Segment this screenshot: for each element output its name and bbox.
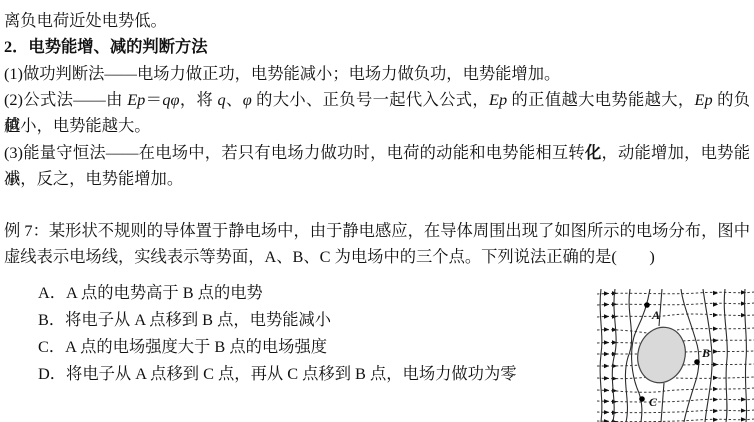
field-line [597,314,754,317]
field-line [597,399,754,402]
field-line [597,410,754,413]
point-a-label: A [651,308,660,322]
field-line [597,419,754,422]
document-page: 离负电荷近处电势低。 2．电势能增、减的判断方法 (1)做功判断法——电场力做正… [0,0,754,422]
field-line [685,351,754,352]
field-line [597,365,641,366]
electric-field-diagram: A B C [597,289,754,422]
point-c-dot [639,396,645,402]
example7-line2: 虚线表示电场线，实线表示等势面，A、B、C 为电场中的三个点。下列说法正确的是(… [4,244,750,270]
line-negative-charge: 离负电荷近处电势低。 [4,8,750,34]
example7-line1: 例 7：某形状不规则的导体置于静电场中，由于静电感应，在导体周围出现了如图所示的… [4,218,750,244]
method-work-judgment: (1)做功判断法——电场力做正功，电势能减小；电场力做负功，电势能增加。 [4,61,750,87]
equipotential-line [724,289,727,422]
field-line [597,303,754,305]
point-a-dot [644,302,650,308]
point-c-label: C [649,395,658,409]
equipotential-line [600,289,602,422]
field-line [597,388,754,392]
field-line [683,364,754,365]
field-line [683,340,754,341]
equipotential-line [745,289,747,422]
field-line [597,292,754,294]
heading-judgment-methods: 2．电势能增、减的判断方法 [4,34,750,60]
point-b-dot [694,359,700,365]
method-formula-line2: 越小，电势能越大。 [4,113,750,139]
point-b-label: B [701,346,710,360]
equipotential-line [661,383,664,422]
method-energy-line2: 小，反之，电势能增加。 [4,166,750,192]
